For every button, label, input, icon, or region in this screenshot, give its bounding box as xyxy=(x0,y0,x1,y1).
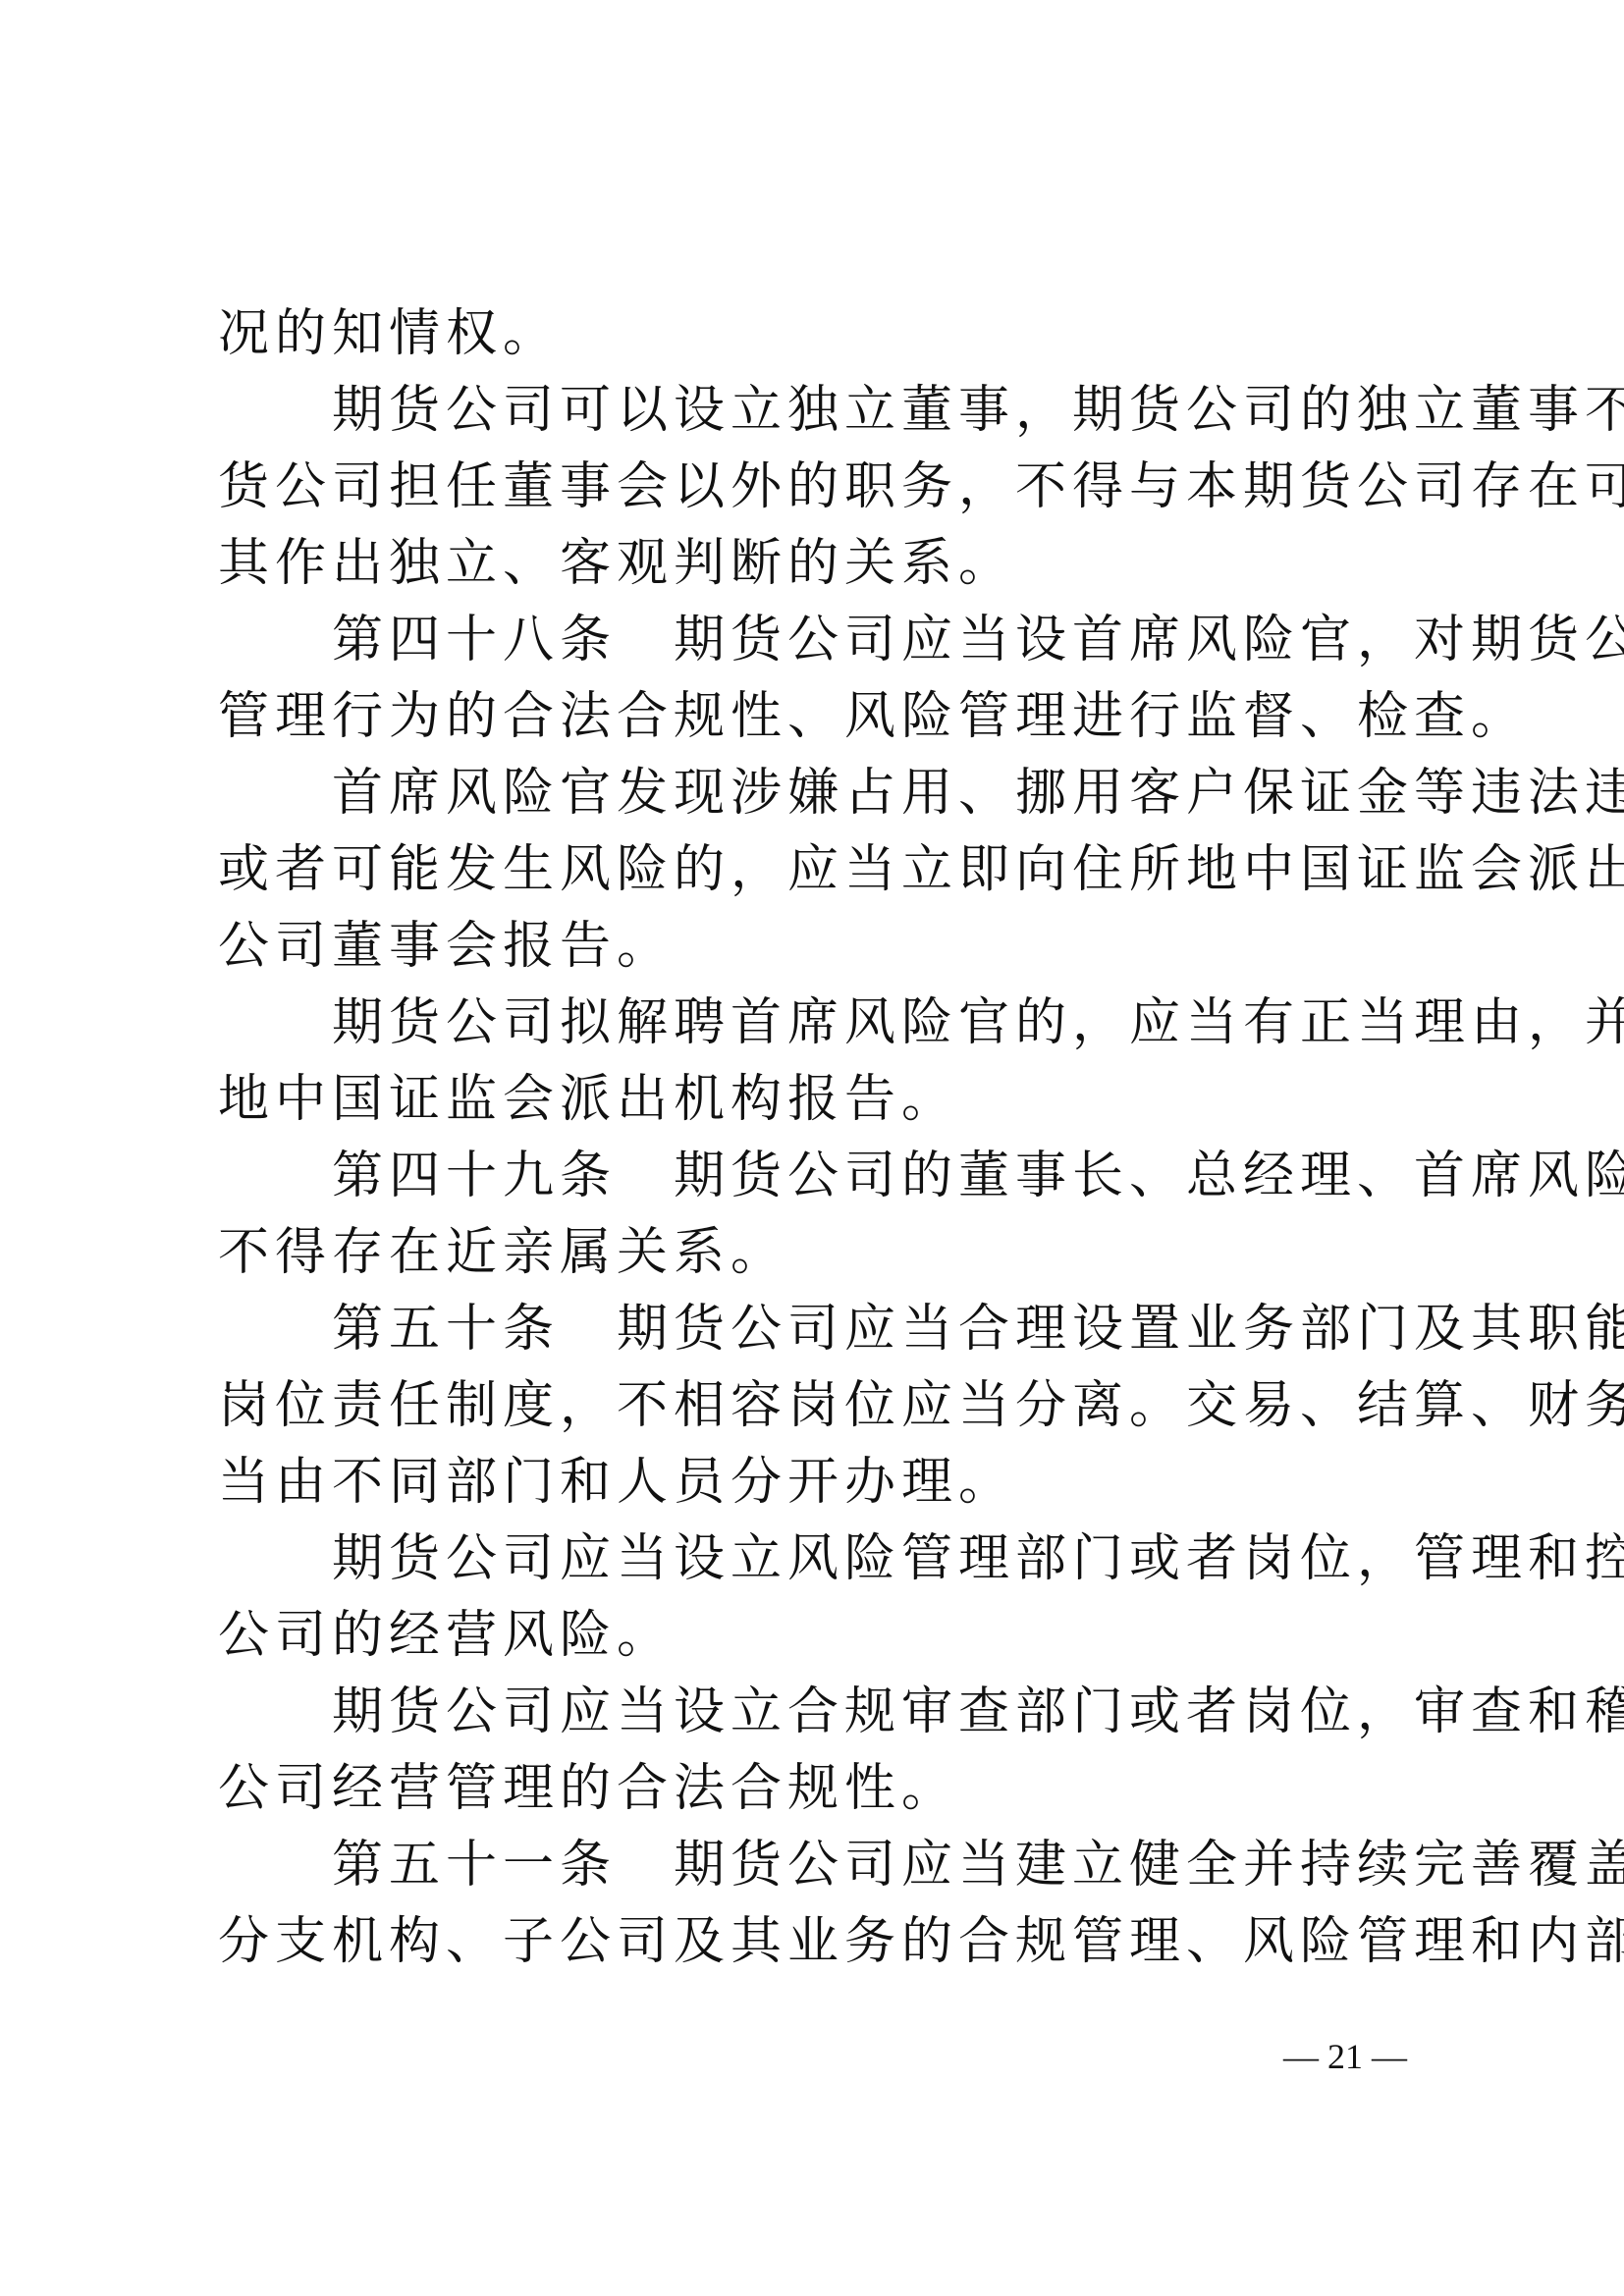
line-text: 公司的经营风险。 xyxy=(218,1606,674,1665)
paragraph-start-line: 期货公司应当设立风险管理部门或者岗位，管理和控制期货 xyxy=(218,1521,1416,1597)
text-line: 地中国证监会派出机构报告。 xyxy=(218,1061,1416,1138)
text-line: 其作出独立、客观判断的关系。 xyxy=(218,525,1416,602)
line-text: 地中国证监会派出机构报告。 xyxy=(218,1070,958,1129)
paragraph-start-line: 期货公司可以设立独立董事，期货公司的独立董事不得在期 xyxy=(218,372,1416,449)
line-text: 公司经营管理的合法合规性。 xyxy=(218,1759,958,1818)
line-text: 首席风险官发现涉嫌占用、挪用客户保证金等违法违规行为 xyxy=(332,764,1624,823)
page-number: — 21 — xyxy=(1272,2032,1419,2081)
line-text: 管理行为的合法合规性、风险管理进行监督、检查。 xyxy=(218,687,1528,746)
text-line: 或者可能发生风险的，应当立即向住所地中国证监会派出机构和 xyxy=(218,831,1416,908)
line-text: 或者可能发生风险的，应当立即向住所地中国证监会派出机构和 xyxy=(218,840,1624,899)
text-line: 当由不同部门和人员分开办理。 xyxy=(218,1444,1416,1521)
article-51-heading-line: 第五十一条期货公司应当建立健全并持续完善覆盖境内外 xyxy=(218,1827,1416,1903)
article-49-heading-line: 第四十九条期货公司的董事长、总经理、首席风险官之间 xyxy=(218,1138,1416,1214)
line-text: 期货公司应当设首席风险官，对期货公司经营 xyxy=(674,611,1624,669)
text-line: 分支机构、子公司及其业务的合规管理、风险管理和内部控制体 xyxy=(218,1903,1416,1980)
line-text: 其作出独立、客观判断的关系。 xyxy=(218,534,1015,593)
line-text: 货公司担任董事会以外的职务，不得与本期货公司存在可能妨碍 xyxy=(218,457,1624,516)
line-text: 期货公司应当设立合规审查部门或者岗位，审查和稽核期货 xyxy=(332,1682,1624,1741)
line-text: 不得存在近亲属关系。 xyxy=(218,1223,787,1282)
line-text: 期货公司应当设立风险管理部门或者岗位，管理和控制期货 xyxy=(332,1529,1624,1588)
line-text: 期货公司应当建立健全并持续完善覆盖境内外 xyxy=(674,1836,1624,1895)
document-page: 况的知情权。 期货公司可以设立独立董事，期货公司的独立董事不得在期 货公司担任董… xyxy=(0,0,1624,2296)
text-line: 公司董事会报告。 xyxy=(218,908,1416,985)
text-line: 货公司担任董事会以外的职务，不得与本期货公司存在可能妨碍 xyxy=(218,449,1416,525)
line-text: 期货公司拟解聘首席风险官的，应当有正当理由，并向住所 xyxy=(332,993,1624,1052)
line-text: 当由不同部门和人员分开办理。 xyxy=(218,1453,1015,1512)
article-50-heading-line: 第五十条期货公司应当合理设置业务部门及其职能，建立 xyxy=(218,1291,1416,1367)
line-text: 公司董事会报告。 xyxy=(218,917,674,976)
paragraph-start-line: 期货公司拟解聘首席风险官的，应当有正当理由，并向住所 xyxy=(218,985,1416,1061)
text-line: 况的知情权。 xyxy=(218,295,1416,372)
article-48-heading-line: 第四十八条期货公司应当设首席风险官，对期货公司经营 xyxy=(218,602,1416,678)
text-line: 管理行为的合法合规性、风险管理进行监督、检查。 xyxy=(218,678,1416,755)
text-line: 岗位责任制度，不相容岗位应当分离。交易、结算、财务业务应 xyxy=(218,1367,1416,1444)
line-text: 岗位责任制度，不相容岗位应当分离。交易、结算、财务业务应 xyxy=(218,1376,1624,1435)
text-line: 不得存在近亲属关系。 xyxy=(218,1214,1416,1291)
article-number: 第四十九条 xyxy=(332,1147,617,1205)
line-text: 期货公司的董事长、总经理、首席风险官之间 xyxy=(674,1147,1624,1205)
text-line: 公司的经营风险。 xyxy=(218,1597,1416,1674)
line-text: 分支机构、子公司及其业务的合规管理、风险管理和内部控制体 xyxy=(218,1912,1624,1971)
text-line: 公司经营管理的合法合规性。 xyxy=(218,1750,1416,1827)
paragraph-start-line: 首席风险官发现涉嫌占用、挪用客户保证金等违法违规行为 xyxy=(218,755,1416,831)
body-text: 况的知情权。 期货公司可以设立独立董事，期货公司的独立董事不得在期 货公司担任董… xyxy=(218,295,1416,1980)
article-number: 第五十条 xyxy=(332,1300,560,1359)
line-text: 期货公司可以设立独立董事，期货公司的独立董事不得在期 xyxy=(332,381,1624,440)
line-text: 况的知情权。 xyxy=(218,304,560,363)
article-number: 第五十一条 xyxy=(332,1836,617,1895)
line-text: 期货公司应当合理设置业务部门及其职能，建立 xyxy=(617,1300,1624,1359)
article-number: 第四十八条 xyxy=(332,611,617,669)
paragraph-start-line: 期货公司应当设立合规审查部门或者岗位，审查和稽核期货 xyxy=(218,1674,1416,1750)
